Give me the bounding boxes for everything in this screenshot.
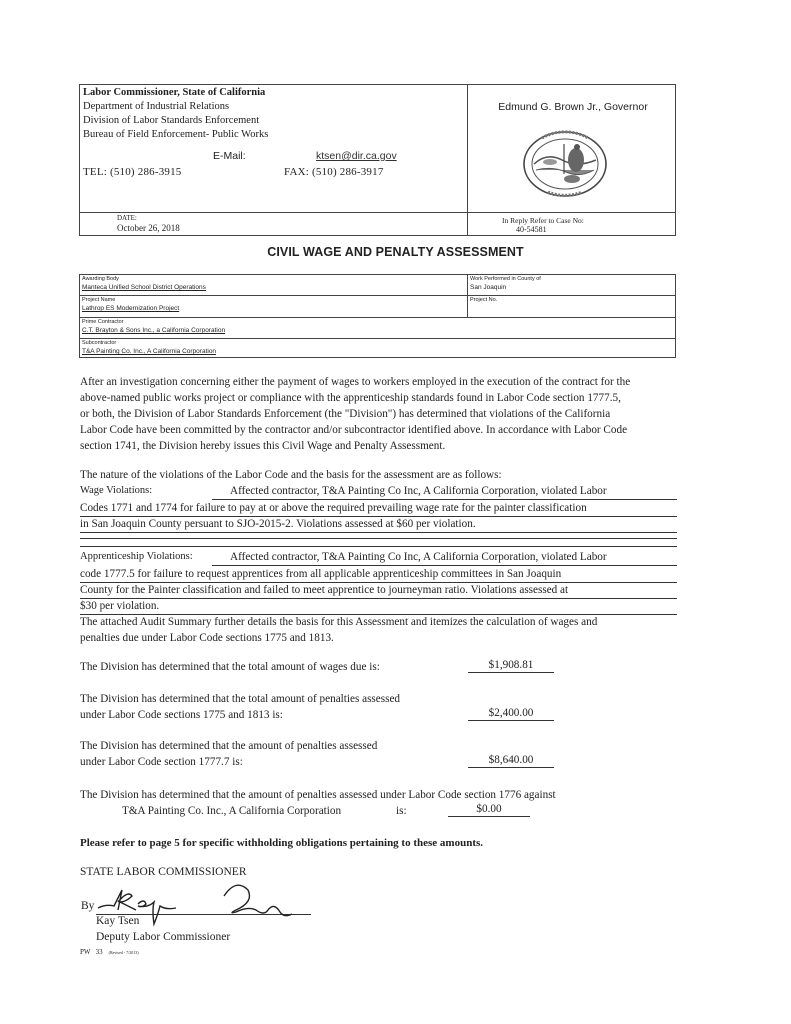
text-line: penalties due under Labor Code sections … — [80, 630, 720, 646]
project-no-label: Project No. — [470, 297, 497, 303]
form-revision: (Revised - 7/2013) — [109, 950, 139, 955]
subcontractor-label: Subcontractor — [82, 340, 116, 346]
penalties-1776-label: The Division has determined that the amo… — [80, 787, 556, 803]
text-line: or both, the Division of Labor Standards… — [80, 406, 720, 422]
awarding-body: Manteca Unified School District Operatio… — [82, 284, 206, 291]
letterhead-divider — [467, 84, 468, 236]
penalties-1775-1813-amount: $2,400.00 — [468, 707, 554, 721]
division-name: Division of Labor Standards Enforcement — [83, 114, 268, 128]
governor-name: Edmund G. Brown Jr., Governor — [470, 101, 676, 113]
penalties-1776-amount: $0.00 — [448, 803, 530, 817]
agency-block: Labor Commissioner, State of California … — [83, 86, 268, 142]
case-number: 40-54581 — [516, 225, 547, 234]
signature-heading: STATE LABOR COMMISSIONER — [80, 866, 247, 878]
agency-name: Labor Commissioner, State of California — [83, 86, 268, 100]
signer-title: Deputy Labor Commissioner — [96, 931, 230, 943]
table-divider — [79, 295, 676, 296]
table-divider — [79, 317, 676, 318]
text-line: The Division has determined that the tot… — [80, 691, 400, 707]
date-label: DATE: — [117, 214, 137, 222]
project-name-label: Project Name — [82, 297, 115, 303]
wage-violations-text: in San Joaquin County persuant to SJO-20… — [80, 516, 677, 533]
text-line: After an investigation concerning either… — [80, 374, 720, 390]
withholding-note: Please refer to page 5 for specific with… — [80, 837, 483, 849]
assessment-date: October 26, 2018 — [117, 223, 180, 233]
text-line: The attached Audit Summary further detai… — [80, 614, 720, 630]
penalties-1777-7-amount: $8,640.00 — [468, 754, 554, 768]
wages-due-label: The Division has determined that the tot… — [80, 659, 380, 675]
text-line: section 1741, the Division hereby issues… — [80, 438, 720, 454]
signer-name: Kay Tsen — [96, 915, 139, 927]
table-divider — [467, 274, 468, 317]
audit-summary-paragraph: The attached Audit Summary further detai… — [80, 614, 720, 646]
county: San Joaquin — [470, 284, 506, 291]
case-number-label: In Reply Refer to Case No: — [502, 216, 584, 225]
penalties-1776-contractor: T&A Painting Co. Inc., A California Corp… — [122, 803, 341, 819]
project-name: Lathrop ES Modernization Project — [82, 305, 179, 312]
text-line: The Division has determined that the amo… — [80, 738, 377, 754]
section-rule — [80, 546, 677, 547]
text-line: under Labor Code section 1777.7 is: — [80, 754, 377, 770]
apprenticeship-violations-text: County for the Painter classification an… — [80, 582, 677, 599]
prime-contractor: C.T. Brayton & Sons Inc., a California C… — [82, 327, 225, 334]
penalties-1775-1813-label: The Division has determined that the tot… — [80, 691, 400, 723]
penalties-1777-7-label: The Division has determined that the amo… — [80, 738, 377, 770]
apprenticeship-violations-text: $30 per violation. — [80, 598, 677, 615]
penalties-1776-is: is: — [396, 803, 407, 819]
california-state-seal-icon — [522, 130, 608, 198]
prime-contractor-label: Prime Contractor — [82, 319, 124, 325]
wages-due-amount: $1,908.81 — [468, 659, 554, 673]
telephone: TEL: (510) 286-3915 — [83, 166, 182, 178]
table-divider — [79, 338, 676, 339]
department-name: Department of Industrial Relations — [83, 100, 268, 114]
letterhead-divider — [79, 212, 676, 213]
text-line: above-named public works project or comp… — [80, 390, 720, 406]
email-label: E-Mail: — [213, 150, 246, 162]
wage-violations-text: Codes 1771 and 1774 for failure to pay a… — [80, 500, 677, 517]
intro-paragraph: After an investigation concerning either… — [80, 374, 720, 454]
apprenticeship-violations-text: code 1777.5 for failure to request appre… — [80, 566, 677, 583]
fax: FAX: (510) 286-3917 — [284, 166, 384, 178]
wage-violations-text: Affected contractor, T&A Painting Co Inc… — [212, 483, 677, 500]
page-title: CIVIL WAGE AND PENALTY ASSESSMENT — [0, 245, 791, 259]
apprenticeship-violations-text: Affected contractor, T&A Painting Co Inc… — [212, 549, 677, 566]
wage-violations-label: Wage Violations: — [80, 483, 210, 499]
form-identifier: PW 33(Revised - 7/2013) — [80, 948, 139, 956]
apprenticeship-violations-label: Apprenticeship Violations: — [80, 549, 230, 565]
county-label: Work Performed in County of — [470, 276, 541, 282]
by-label: By — [81, 900, 94, 912]
text-line: under Labor Code sections 1775 and 1813 … — [80, 707, 400, 723]
awarding-body-label: Awarding Body — [82, 276, 119, 282]
email-link[interactable]: ktsen@dir.ca.gov — [316, 150, 397, 162]
text-line: Labor Code have been committed by the co… — [80, 422, 720, 438]
subcontractor: T&A Painting Co. Inc., A California Corp… — [82, 348, 216, 355]
violations-intro: The nature of the violations of the Labo… — [80, 467, 720, 483]
section-rule — [80, 538, 677, 539]
bureau-name: Bureau of Field Enforcement- Public Work… — [83, 128, 268, 142]
form-number: PW 33 — [80, 948, 103, 956]
